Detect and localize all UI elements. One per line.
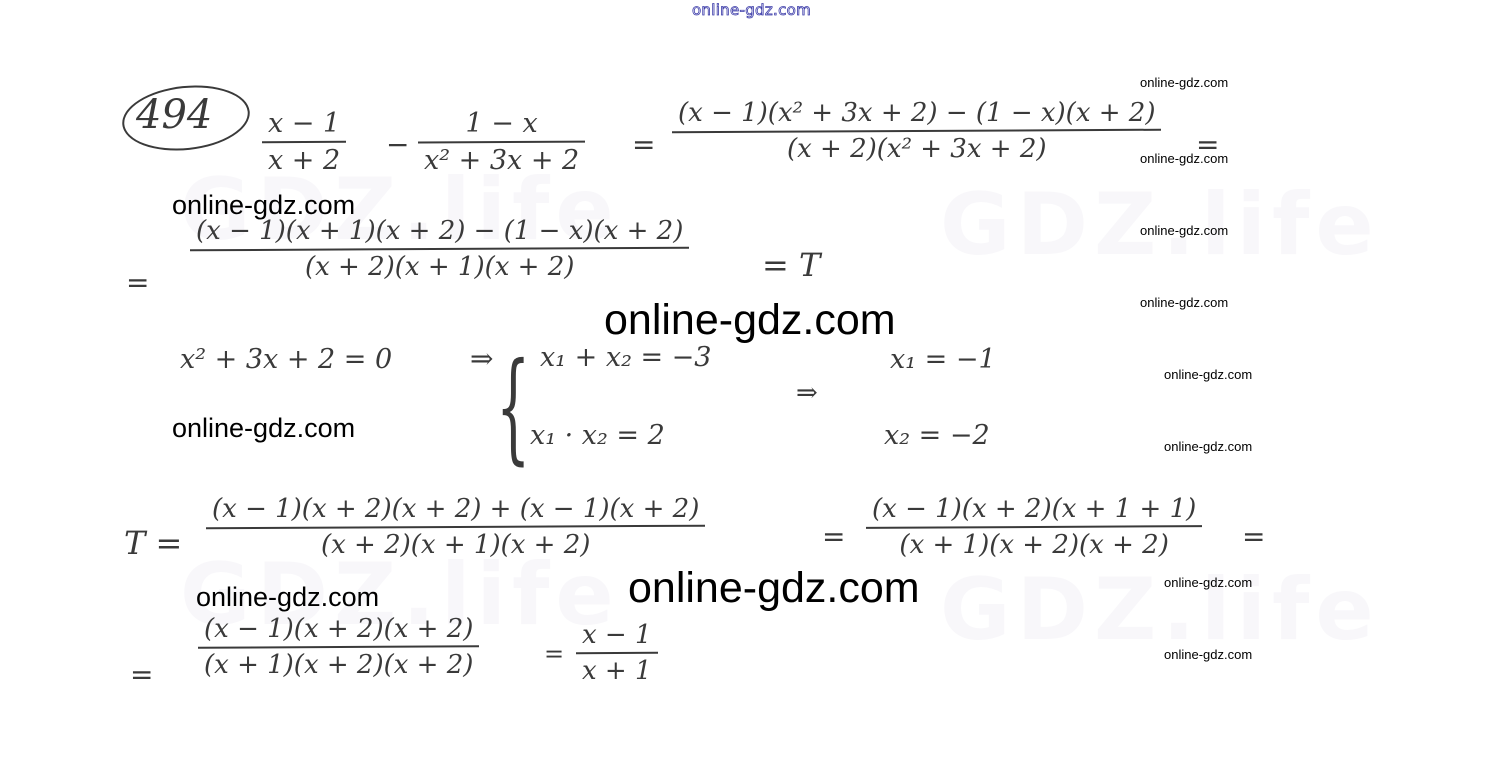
fraction: (x − 1)(x² + 3x + 2) − (1 − x)(x + 2) (x…: [672, 98, 1161, 164]
operator: =: [130, 658, 153, 691]
watermark-small: online-gdz.com: [1164, 575, 1252, 590]
operator: =: [822, 520, 845, 553]
vieta-product: x₁ · x₂ = 2: [530, 420, 665, 451]
fraction: x − 1 x + 2: [262, 108, 346, 176]
watermark-small: online-gdz.com: [1140, 151, 1228, 166]
operator: =: [544, 640, 564, 668]
system-brace: {: [496, 338, 530, 477]
watermark-small: online-gdz.com: [1164, 367, 1252, 382]
fraction: (x − 1)(x + 2)(x + 2) (x + 1)(x + 2)(x +…: [198, 614, 479, 680]
fraction: (x − 1)(x + 1)(x + 2) − (1 − x)(x + 2) (…: [190, 216, 689, 282]
vieta-sum: x₁ + x₂ = −3: [540, 342, 711, 373]
watermark-medium: online-gdz.com: [196, 582, 379, 613]
quadratic-equation: x² + 3x + 2 = 0: [180, 344, 392, 375]
watermark-small: online-gdz.com: [1140, 295, 1228, 310]
fraction: (x − 1)(x + 2)(x + 2) + (x − 1)(x + 2) (…: [206, 494, 705, 560]
final-answer: x − 1 x + 1: [576, 620, 658, 686]
watermark-small: online-gdz.com: [1140, 75, 1228, 90]
fraction: (x − 1)(x + 2)(x + 1 + 1) (x + 1)(x + 2)…: [866, 494, 1202, 560]
implies-arrow: ⇒: [796, 378, 818, 408]
watermark-large: online-gdz.com: [604, 296, 896, 345]
t-label: T =: [124, 524, 182, 562]
ghost-watermark: GDZ.life: [940, 560, 1380, 660]
watermark-medium: online-gdz.com: [172, 413, 355, 444]
fraction: 1 − x x² + 3x + 2: [418, 108, 585, 176]
operator: =: [126, 266, 149, 299]
operator: =: [1242, 520, 1265, 553]
result-label: = T: [762, 246, 820, 284]
watermark-large: online-gdz.com: [628, 564, 920, 613]
root-2: x₂ = −2: [884, 420, 990, 451]
operator: =: [632, 128, 655, 161]
watermark-medium: online-gdz.com: [172, 190, 355, 221]
problem-number: 494: [136, 92, 212, 138]
implies-arrow: ⇒: [470, 342, 493, 375]
root-1: x₁ = −1: [890, 344, 996, 375]
site-watermark-top: online-gdz.com: [0, 1, 1503, 19]
watermark-small: online-gdz.com: [1164, 647, 1252, 662]
operator: −: [386, 128, 409, 161]
watermark-small: online-gdz.com: [1140, 223, 1228, 238]
watermark-small: online-gdz.com: [1164, 439, 1252, 454]
